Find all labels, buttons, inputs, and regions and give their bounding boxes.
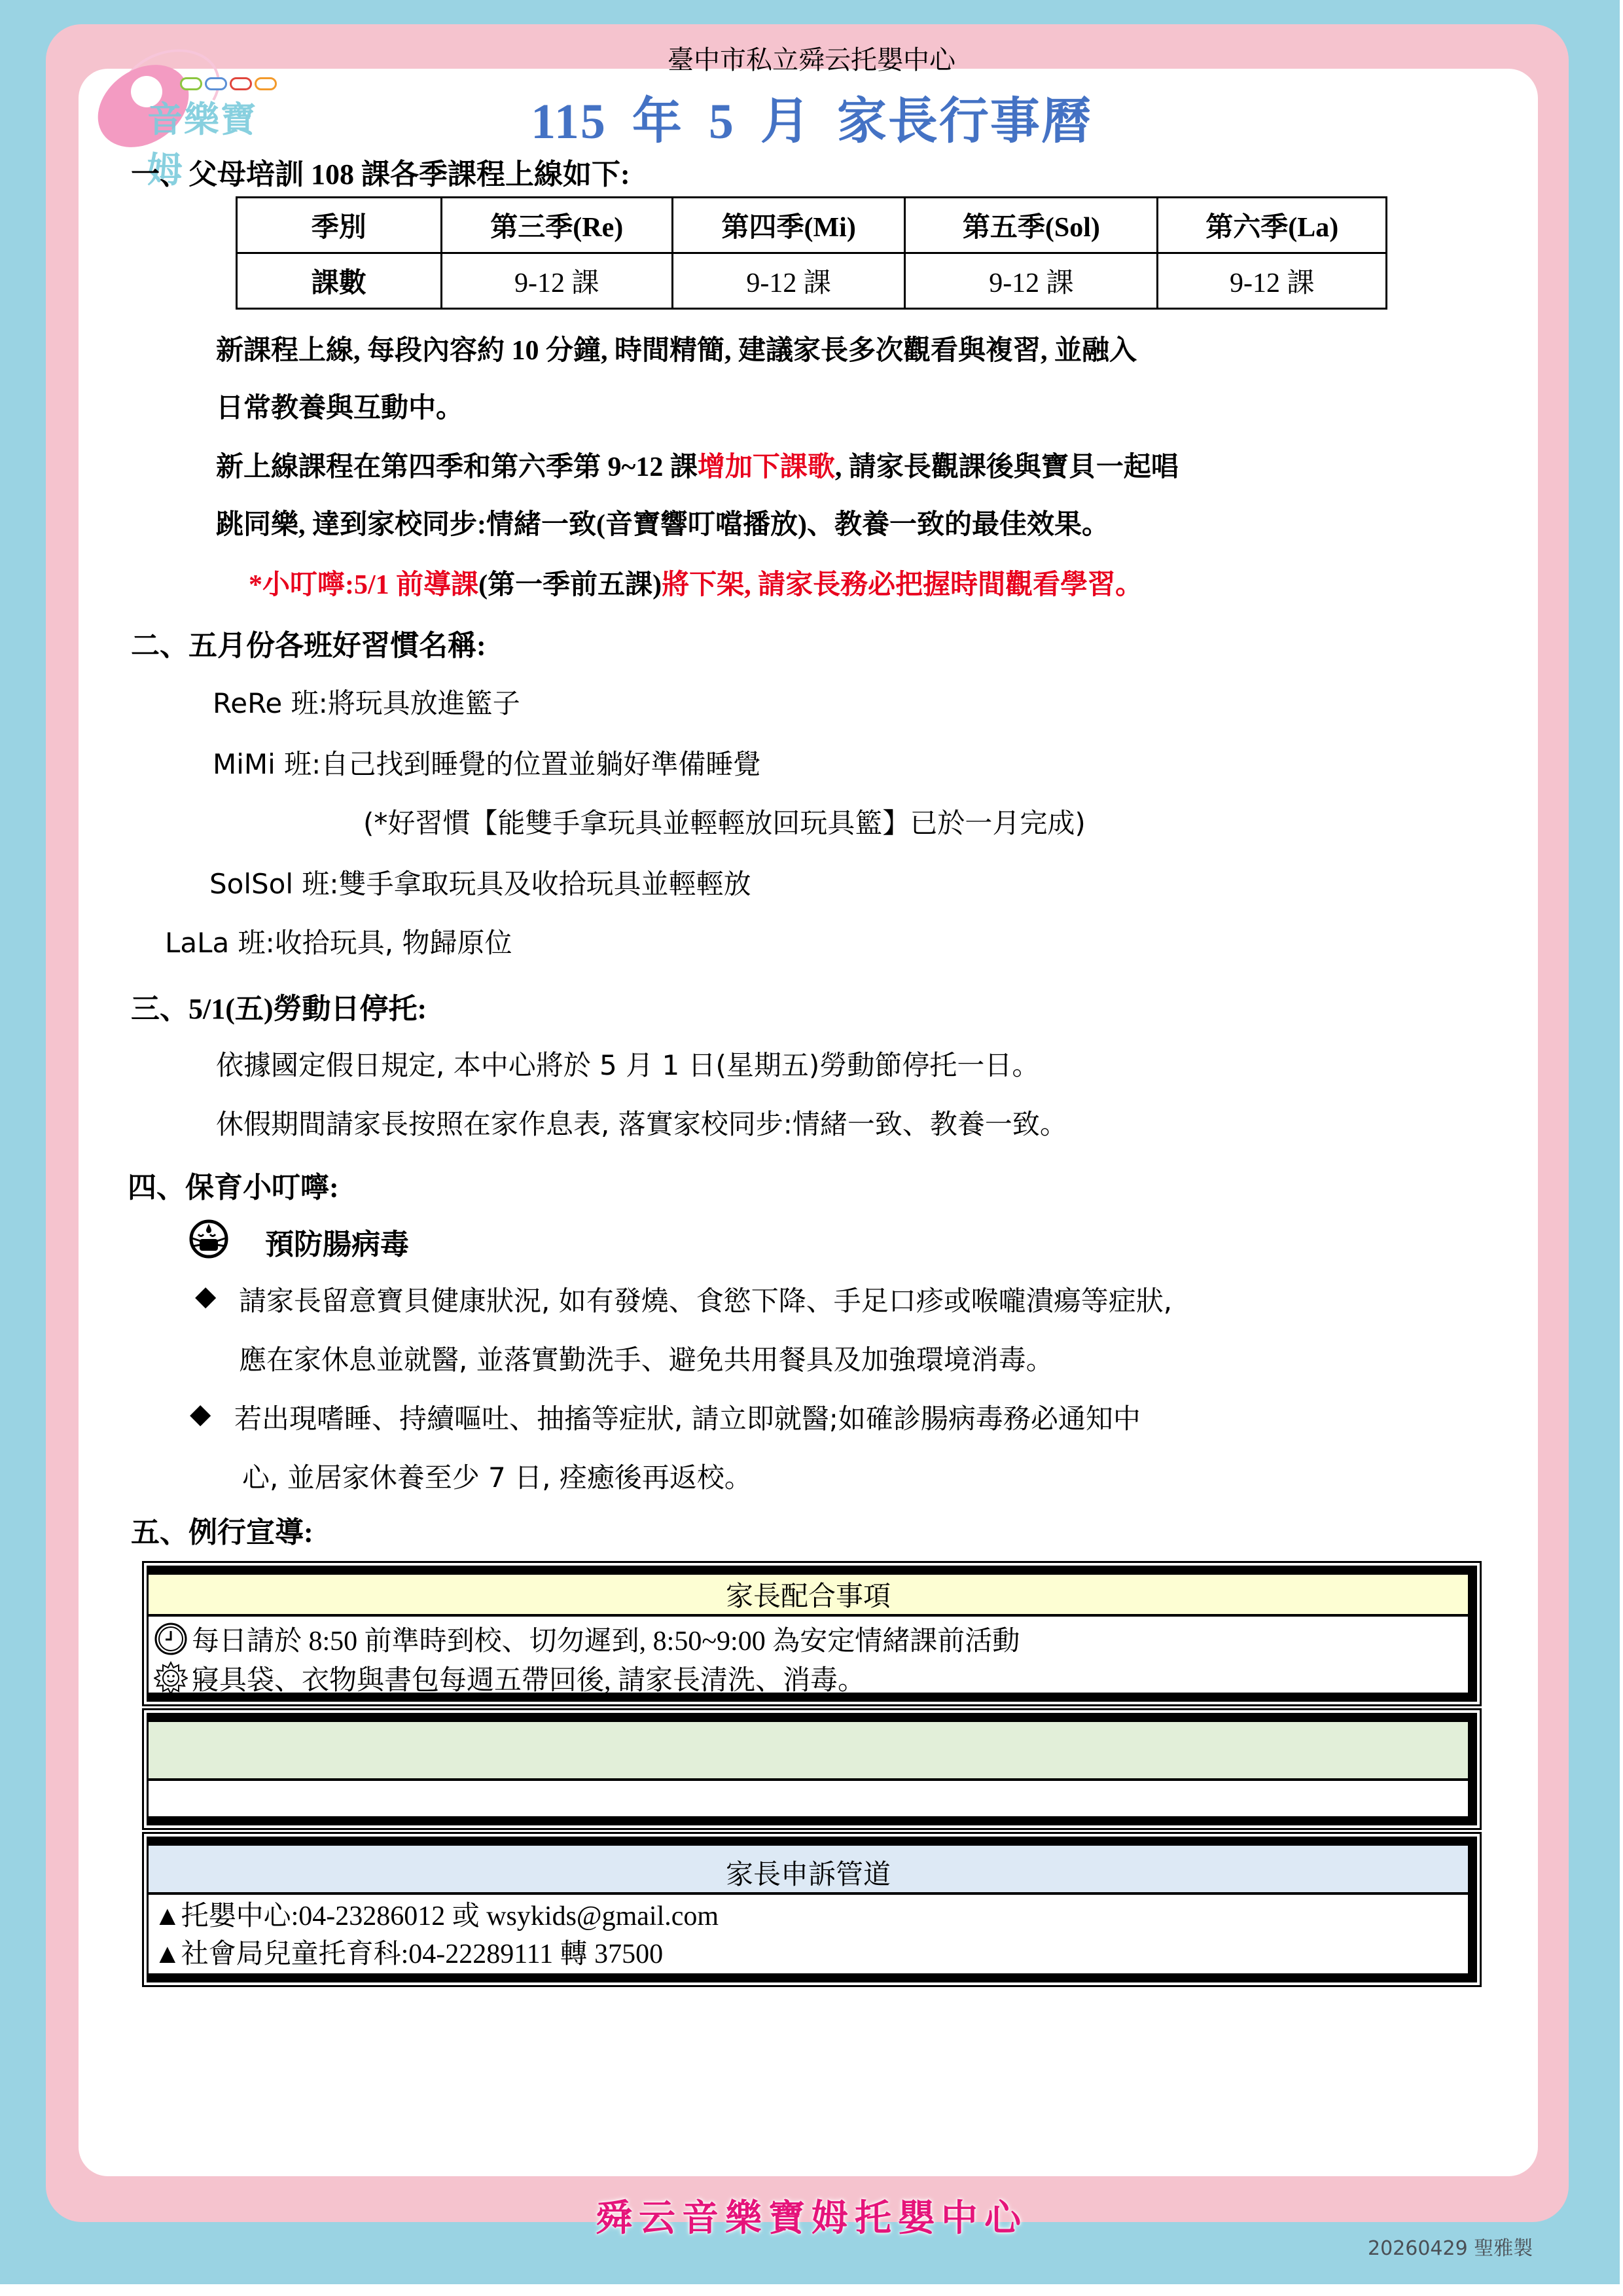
habit-text: 自己找到睡覺的位置並躺好準備睡覺: [321, 748, 760, 780]
topic-title: 預防腸病毒: [265, 1221, 409, 1263]
section1-para2-line1: 新上線課程在第四季和第六季第 9~12 課增加下課歌, 請家長觀課後與寶貝一起唱: [216, 445, 1179, 484]
list-item: 寢具袋、衣物與書包每週五帶回後, 請家長清洗、消毒。: [154, 1659, 1463, 1698]
bullet-diamond-icon: ◆: [195, 1280, 216, 1312]
section3-line1: 依據國定假日規定, 本中心將於 5 月 1 日(星期五)勞動節停托一日。: [216, 1044, 1039, 1083]
contact-item: ▲托嬰中心:04-23286012 或 wsykids@gmail.com: [154, 1895, 1463, 1933]
class-name: LaLa 班: [165, 927, 266, 959]
table-header-row: 季別 第三季(Re) 第四季(Mi) 第五季(Sol) 第六季(La): [237, 198, 1387, 253]
table-cell: 第六季(La): [1158, 198, 1387, 253]
bullet-1-line1: 請家長留意寶貝健康狀況, 如有發燒、食慾下降、手足口疹或喉嚨潰瘍等症狀,: [239, 1280, 1172, 1319]
item-text: 寢具袋、衣物與書包每週五帶回後, 請家長清洗、消毒。: [192, 1659, 865, 1698]
habit-item-rere: ReRe 班:將玩具放進籃子: [213, 682, 520, 721]
bullet-2-line2: 心, 並居家休養至少 7 日, 痊癒後再返校。: [242, 1456, 752, 1496]
class-name: SolSol 班: [209, 868, 329, 900]
table-cell: 9-12 課: [441, 253, 672, 309]
section3-heading: 三、5/1(五)勞動日停托:: [131, 985, 427, 1027]
parent-complaint-box: 家長申訴管道 ▲托嬰中心:04-23286012 或 wsykids@gmail…: [142, 1832, 1482, 1987]
box-title: 家長配合事項: [149, 1575, 1468, 1617]
sick-mask-face-icon: [188, 1219, 229, 1259]
parent-cooperation-box: 家長配合事項 每日請於 8:50 前準時到校、切勿遲到, 8:50~9:00 為…: [142, 1561, 1482, 1706]
table-cell: 9-12 課: [905, 253, 1158, 309]
notice-red: 將下架, 請家長務必把握時間觀看學習。: [662, 570, 1143, 600]
text-segment: , 請家長觀課後與寶貝一起唱: [835, 452, 1179, 482]
habit-text: 雙手拿取玩具及收拾玩具並輕輕放: [339, 868, 751, 900]
footer-credit: 20260429 聖雅製: [1368, 2232, 1533, 2261]
class-name: ReRe 班: [213, 687, 319, 719]
table-cell: 9-12 課: [1158, 253, 1387, 309]
habit-text: 收拾玩具, 物歸原位: [275, 927, 512, 959]
habit-text: 將玩具放進籃子: [328, 687, 520, 719]
notice-black: (第一季前五課): [478, 570, 662, 600]
list-item: 每日請於 8:50 前準時到校、切勿遲到, 8:50~9:00 為安定情緒課前活…: [154, 1619, 1463, 1659]
section1-para1-line1: 新課程上線, 每段內容約 10 分鐘, 時間精簡, 建議家長多次觀看與複習, 並…: [216, 329, 1137, 368]
table-cell: 季別: [237, 198, 442, 253]
section4-heading: 四、保育小叮嚀:: [128, 1164, 339, 1206]
bullet-1-line2: 應在家休息並就醫, 並落實勤洗手、避免共用餐具及加強環境消毒。: [239, 1338, 1054, 1378]
mimi-note: (*好習慣【能雙手拿玩具並輕輕放回玩具籃】已於一月完成): [363, 802, 1086, 841]
box-body: 每日請於 8:50 前準時到校、切勿遲到, 8:50~9:00 為安定情緒課前活…: [149, 1617, 1468, 1700]
section1-heading: 一、父母培訓 108 課各季課程上線如下:: [131, 151, 630, 192]
table-cell: 第五季(Sol): [905, 198, 1158, 253]
notice-red: *小叮嚀:5/1 前導課: [249, 570, 478, 600]
box-title: [149, 1722, 1468, 1781]
sun-icon: [154, 1661, 188, 1695]
contact-item: ▲社會局兒童托育科:04-22289111 轉 37500: [154, 1933, 1463, 1971]
table-cell: 第四季(Mi): [672, 198, 904, 253]
habit-item-lala: LaLa 班:收拾玩具, 物歸原位: [165, 922, 512, 961]
box-body: ▲托嬰中心:04-23286012 或 wsykids@gmail.com ▲社…: [149, 1895, 1468, 1973]
clock-icon: [154, 1622, 188, 1656]
season-table: 季別 第三季(Re) 第四季(Mi) 第五季(Sol) 第六季(La) 課數 9…: [236, 196, 1387, 310]
section2-heading: 二、五月份各班好習慣名稱:: [131, 622, 486, 664]
section1-para2-line2: 跳同樂, 達到家校同步:情緒一致(音寶響叮噹播放)、教養一致的最佳效果。: [216, 503, 1109, 542]
bullet-diamond-icon: ◆: [190, 1397, 211, 1429]
bullet-2-line1: 若出現嗜睡、持續嘔吐、抽搐等症狀, 請立即就醫;如確診腸病毒務必通知中: [234, 1397, 1141, 1437]
table-row: 課數 9-12 課 9-12 課 9-12 課 9-12 課: [237, 253, 1387, 309]
habit-item-solsol: SolSol 班:雙手拿取玩具及收拾玩具並輕輕放: [209, 863, 751, 902]
page-title: 115 年 5 月 家長行事曆: [0, 81, 1623, 152]
text-segment: 新上線課程在第四季和第六季第 9~12 課: [216, 452, 698, 482]
class-name: MiMi 班: [213, 748, 312, 780]
center-name: 臺中市私立舜云托嬰中心: [0, 39, 1623, 77]
item-text: 每日請於 8:50 前準時到校、切勿遲到, 8:50~9:00 為安定情緒課前活…: [192, 1619, 1020, 1659]
box-body: [149, 1781, 1468, 1816]
habit-item-mimi: MiMi 班:自己找到睡覺的位置並躺好準備睡覺: [213, 743, 760, 782]
section3-line2: 休假期間請家長按照在家作息表, 落實家校同步:情緒一致、教養一致。: [216, 1103, 1067, 1142]
table-cell: 第三季(Re): [441, 198, 672, 253]
box-title: 家長申訴管道: [149, 1846, 1468, 1895]
section5-heading: 五、例行宣導:: [131, 1509, 313, 1551]
section1-notice: *小叮嚀:5/1 前導課(第一季前五課)將下架, 請家長務必把握時間觀看學習。: [249, 563, 1143, 602]
table-cell: 9-12 課: [672, 253, 904, 309]
empty-notice-box: [142, 1708, 1482, 1830]
section1-para1-line2: 日常教養與互動中。: [216, 386, 463, 425]
highlight-text: 增加下課歌: [698, 452, 835, 482]
table-cell: 課數: [237, 253, 442, 309]
